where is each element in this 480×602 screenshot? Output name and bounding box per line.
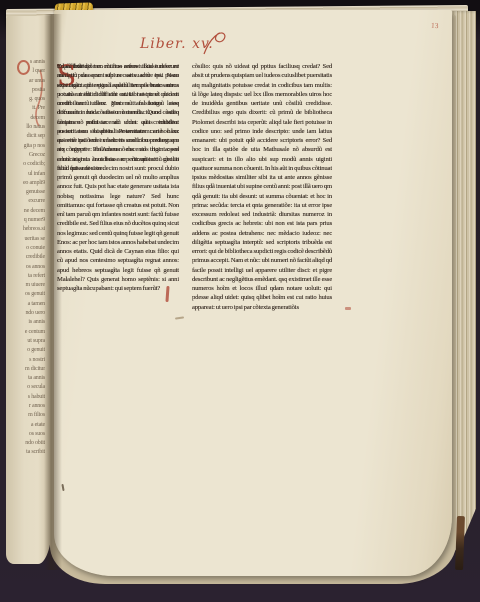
line-fragment: decem (6, 114, 45, 123)
red-marginal-dash (345, 307, 351, 310)
right-column-text: cõsilio: quis nõ uideat qd pptius facili… (192, 62, 332, 312)
line-fragment: s nostri (6, 356, 45, 365)
line-fragment: dicit sep (6, 132, 45, 141)
line-fragment: excurre (6, 197, 45, 206)
line-fragment: credibile (6, 253, 45, 262)
line-fragment: ta scribit (6, 448, 45, 457)
line-fragment: posita (6, 86, 45, 95)
line-fragment: gita p nos (6, 142, 45, 151)
line-fragment: it. Pre (6, 104, 45, 113)
line-fragment: ne decem (6, 207, 45, 216)
line-fragment: o secula (6, 383, 45, 392)
photographed-book-page: O s annisl querar unuspositag. quosit. P… (0, 0, 480, 602)
line-fragment: os suos (6, 430, 45, 439)
line-fragment: ul infan (6, 170, 45, 179)
previous-leaf-line-ends: s annisl querar unuspositag. quosit. Pre… (6, 58, 48, 458)
line-fragment: ut supra (6, 337, 45, 346)
line-fragment: q numer9 (6, 216, 45, 225)
line-fragment: m filios (6, 411, 45, 420)
line-fragment: llo natus (6, 123, 45, 132)
line-fragment: a tamen (6, 300, 45, 309)
line-fragment: os annos (6, 263, 45, 272)
line-fragment: Grecoz (6, 151, 45, 160)
title-flourish (202, 28, 228, 62)
line-fragment: m dicitur (6, 365, 45, 374)
line-fragment: s annis (6, 58, 45, 67)
line-fragment: ar unus (6, 77, 45, 86)
line-fragment: a etate (6, 421, 45, 430)
line-fragment: ta annis (6, 374, 45, 383)
line-fragment: e centum (6, 328, 45, 337)
line-fragment: os genuit (6, 290, 45, 299)
line-fragment: g. quos (6, 95, 45, 104)
gutter-shadow (44, 14, 62, 570)
line-fragment: s habuit (6, 393, 45, 402)
manuscript-page: Liber. xv. incredibile qd tam multos ann… (54, 10, 452, 576)
line-fragment: eo ampli9 (6, 179, 45, 188)
line-fragment: hebreos.si (6, 225, 45, 234)
line-fragment: ndo obiit (6, 439, 45, 448)
line-fragment: l quer (6, 67, 45, 76)
bookmark-strap (455, 516, 465, 570)
folio-number: 13 (431, 21, 439, 30)
line-fragment: is annis (6, 318, 45, 327)
line-fragment: genuisse (6, 188, 45, 197)
left-text-column: incredibile qd tam multos annos uixisse … (57, 62, 179, 464)
line-fragment: ndo uero (6, 309, 45, 318)
right-text-column: cõsilio: quis nõ uideat qd pptius facili… (192, 62, 332, 460)
line-fragment: r annos (6, 402, 45, 411)
chapter-13-body: Ed cũ hoc dixero: cõtinuo referet illud … (57, 62, 179, 173)
line-fragment: ta refert (6, 272, 45, 281)
line-fragment: ueritas se (6, 235, 45, 244)
line-fragment: o genuit (6, 346, 45, 355)
line-fragment: o conuie (6, 244, 45, 253)
line-fragment: o codicib; (6, 160, 45, 169)
line-fragment: m uiuere (6, 281, 45, 290)
faint-pen-mark (175, 316, 184, 319)
